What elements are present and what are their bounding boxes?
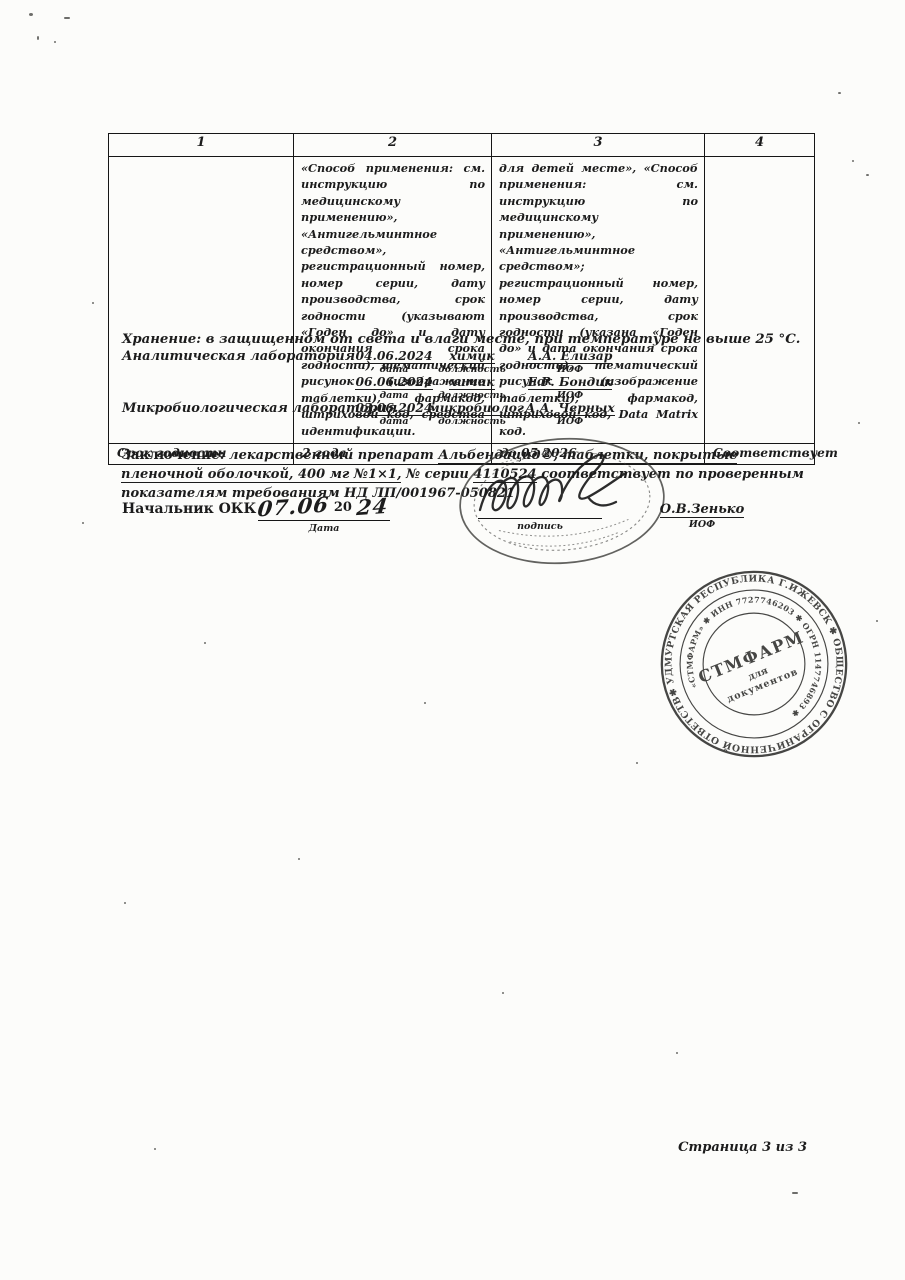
signature-line — [478, 518, 602, 519]
printed-year-prefix: 20 — [334, 500, 352, 515]
name-caption: ИОФ — [518, 416, 622, 427]
lab-position: химик — [428, 374, 516, 389]
signature-caption: подпись — [478, 521, 602, 532]
conclusion-label: Заключение: — [121, 447, 225, 463]
table-cell-empty — [705, 157, 815, 444]
table-header-cell: 2 — [294, 134, 492, 157]
position-caption: должность — [428, 416, 516, 427]
qc-head-title: Начальник ОКК — [122, 501, 256, 517]
handwritten-year: 24 — [356, 493, 390, 520]
name-caption: ИОФ — [650, 519, 754, 530]
lab-position: микробиолог — [428, 400, 516, 415]
table-header-row: 1 2 3 4 — [109, 134, 815, 157]
analytical-lab-label: Аналитическая лаборатория — [122, 349, 355, 364]
table-header-cell: 3 — [492, 134, 705, 157]
signoff-date-field: 07.06 20 24 — [258, 494, 390, 521]
page-indicator: Страница 3 из 3 — [678, 1140, 807, 1155]
table-header-cell: 4 — [705, 134, 815, 157]
storage-conditions-line: Хранение: в защищенном от света и влаги … — [122, 332, 800, 347]
date-caption: Дата — [258, 523, 390, 534]
lab-signer-name: Е.Р. Бондик — [518, 374, 622, 389]
lab-signer-name: А.А. Елизар — [518, 348, 622, 363]
lab-signer-name: А.А. Черных — [518, 400, 622, 415]
round-company-stamp: ✱ УДМУРТСКАЯ РЕСПУБЛИКА Г.ИЖЕВСК ✱ ОБЩЕС… — [629, 539, 879, 789]
scanned-document-page: 1 2 3 4 «Способ применения: см. инструкц… — [0, 0, 905, 1280]
table-header-cell: 1 — [109, 134, 294, 157]
qc-head-name: О.В.Зенько — [650, 502, 754, 517]
lab-position: химик — [428, 348, 516, 363]
handwritten-date: 07.06 — [256, 492, 330, 522]
